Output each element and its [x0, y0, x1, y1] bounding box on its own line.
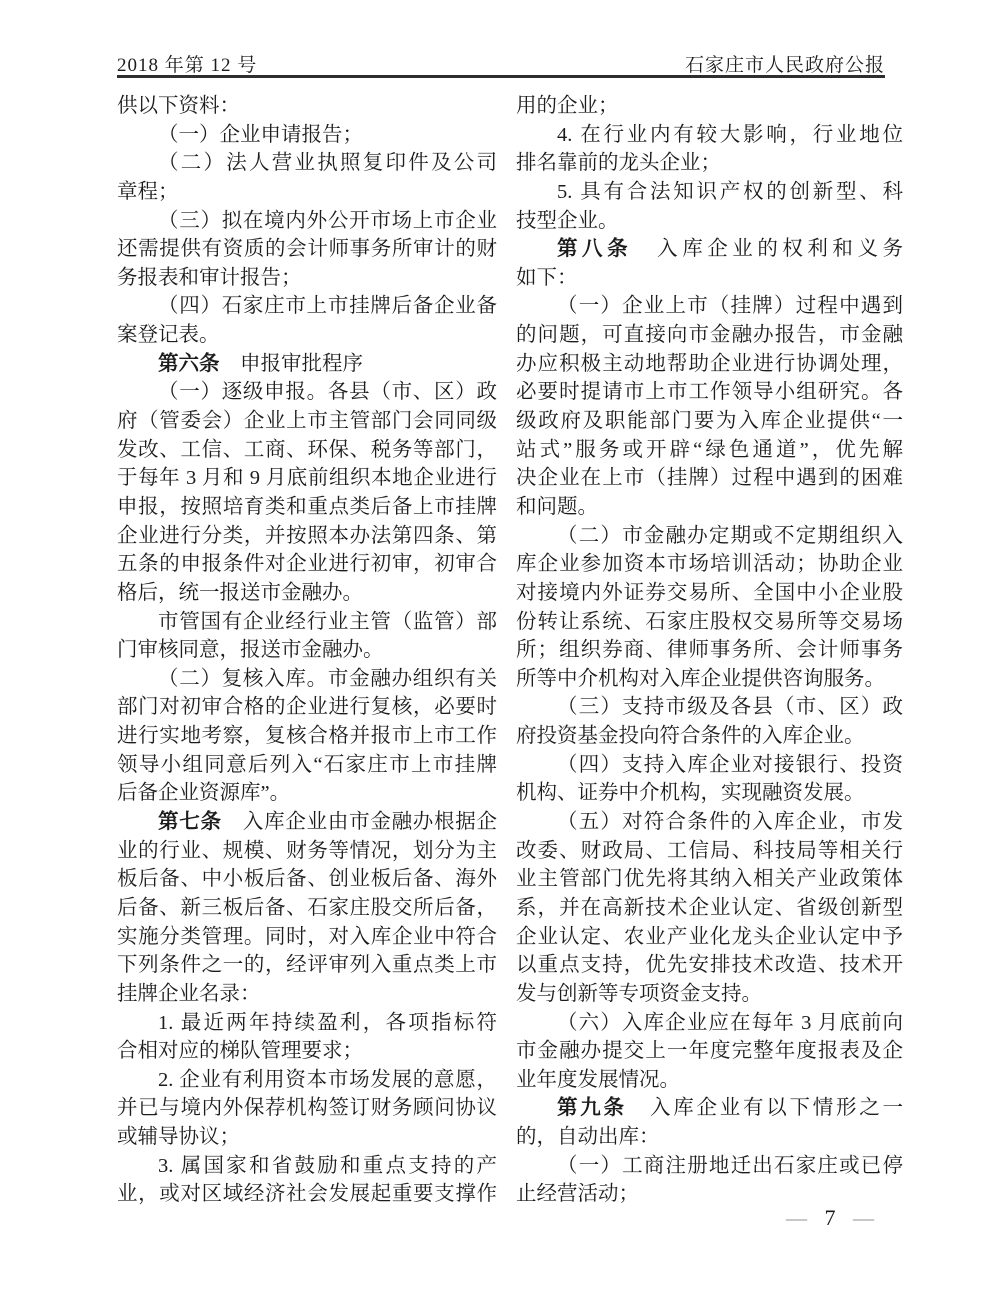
text-line: 实施分类管理。同时，对入库企业中符合 [117, 923, 497, 952]
article-line-text: 入库企业的权利和义务 [632, 238, 903, 260]
text-line: 所；组织券商、律师事务所、会计师事务 [516, 636, 903, 665]
text-line: 站式”服务或开辟“绿色通道”，优先解 [516, 436, 903, 465]
text-line: 系，并在高新技术企业认定、省级创新型 [516, 894, 903, 923]
text-line: 第六条 申报审批程序 [117, 350, 497, 379]
article-number: 第九条 [557, 1096, 627, 1119]
page-footer: — 7 — [786, 1205, 874, 1231]
article-line-text: 申报审批程序 [220, 353, 364, 375]
text-line: 合相对应的梯队管理要求； [117, 1037, 497, 1066]
text-line: 格后，统一报送市金融办。 [117, 579, 497, 608]
text-line: 府（管委会）企业上市主管部门会同同级 [117, 407, 497, 436]
text-line: 府投资基金投向符合条件的入库企业。 [516, 722, 903, 751]
text-line: 务报表和审计报告； [117, 264, 497, 293]
text-line: 下列条件之一的，经评审列入重点类上市 [117, 951, 497, 980]
text-line: （四）支持入库企业对接银行、投资 [516, 751, 903, 780]
text-line: 案登记表。 [117, 321, 497, 350]
text-line: 以重点支持，优先安排技术改造、技术开 [516, 951, 903, 980]
text-line: 章程； [117, 178, 497, 207]
text-line: （一）逐级申报。各县（市、区）政 [117, 378, 497, 407]
article-number: 第七条 [158, 810, 222, 833]
text-line: （二）市金融办定期或不定期组织入 [516, 522, 903, 551]
text-line: 后备企业资源库”。 [117, 779, 497, 808]
gazette-title: 石家庄市人民政府公报 [685, 50, 885, 77]
text-line: 必要时提请市上市工作领导小组研究。各 [516, 378, 903, 407]
text-line: 机构、证券中介机构，实现融资发展。 [516, 779, 903, 808]
page-header: 2018 年第 12 号 石家庄市人民政府公报 [117, 50, 885, 77]
text-line: 市金融办提交上一年度完整年度报表及企 [516, 1037, 903, 1066]
text-line: （六）入库企业应在每年 3 月底前向 [516, 1009, 903, 1038]
text-line: 企业认定、农业产业化龙头企业认定中予 [516, 923, 903, 952]
text-line: 的，自动出库： [516, 1123, 903, 1152]
article-line-text: 入库企业由市金融办根据企 [222, 811, 497, 833]
text-line: （一）企业申请报告； [117, 121, 497, 150]
header-rule [117, 75, 885, 78]
right-column: 用的企业；4. 在行业内有较大影响，行业地位排名靠前的龙头企业；5. 具有合法知… [516, 92, 903, 1209]
text-line: （五）对符合条件的入库企业，市发 [516, 808, 903, 837]
text-line: 领导小组同意后列入“石家庄市上市挂牌 [117, 751, 497, 780]
article-number: 第六条 [158, 352, 220, 375]
text-line: 业年度发展情况。 [516, 1066, 903, 1095]
text-line: （三）拟在境内外公开市场上市企业 [117, 207, 497, 236]
text-line: 业，或对区域经济社会发展起重要支撑作 [117, 1180, 497, 1209]
page-number-dash-right: — [853, 1206, 874, 1231]
text-line: 并已与境内外保荐机构签订财务顾问协议 [117, 1094, 497, 1123]
text-line: 级政府及职能部门要为入库企业提供“一 [516, 407, 903, 436]
text-line: 用的企业； [516, 92, 903, 121]
text-line: 第八条 入库企业的权利和义务 [516, 235, 903, 264]
text-line: （二）复核入库。市金融办组织有关 [117, 665, 497, 694]
text-line: 企业进行分类，并按照本办法第四条、第 [117, 522, 497, 551]
text-line: 4. 在行业内有较大影响，行业地位 [516, 121, 903, 150]
text-line: 发改、工信、工商、环保、税务等部门， [117, 436, 497, 465]
text-line: （四）石家庄市上市挂牌后备企业备 [117, 292, 497, 321]
text-line: 的问题，可直接向市金融办报告，市金融 [516, 321, 903, 350]
text-line: 决企业在上市（挂牌）过程中遇到的困难 [516, 464, 903, 493]
text-line: 部门对初审合格的企业进行复核，必要时 [117, 693, 497, 722]
text-line: 于每年 3 月和 9 月底前组织本地企业进行 [117, 464, 497, 493]
text-line: 办应积极主动地帮助企业进行协调处理， [516, 350, 903, 379]
text-line: 供以下资料： [117, 92, 497, 121]
text-line: 对接境内外证券交易所、全国中小企业股 [516, 579, 903, 608]
article-number: 第八条 [557, 237, 632, 260]
left-column: 供以下资料：（一）企业申请报告；（二）法人营业执照复印件及公司章程；（三）拟在境… [117, 92, 497, 1209]
text-line: 技型企业。 [516, 207, 903, 236]
text-line: 5. 具有合法知识产权的创新型、科 [516, 178, 903, 207]
text-line: 2. 企业有利用资本市场发展的意愿， [117, 1066, 497, 1095]
text-line: 挂牌企业名录： [117, 980, 497, 1009]
text-line: 排名靠前的龙头企业； [516, 149, 903, 178]
text-line: 后备、新三板后备、石家庄股交所后备， [117, 894, 497, 923]
text-line: 改委、财政局、工信局、科技局等相关行 [516, 837, 903, 866]
text-line: 进行实地考察，复核合格并报市上市工作 [117, 722, 497, 751]
text-line: 业主管部门优先将其纳入相关产业政策体 [516, 865, 903, 894]
text-line: 库企业参加资本市场培训活动；协助企业 [516, 550, 903, 579]
text-line: （三）支持市级及各县（市、区）政 [516, 693, 903, 722]
text-line: 五条的申报条件对企业进行初审，初审合 [117, 550, 497, 579]
text-line: 门审核同意，报送市金融办。 [117, 636, 497, 665]
text-line: 发与创新等专项资金支持。 [516, 980, 903, 1009]
gazette-page: 2018 年第 12 号 石家庄市人民政府公报 供以下资料：（一）企业申请报告；… [0, 0, 1000, 1294]
text-line: （一）工商注册地迁出石家庄或已停 [516, 1152, 903, 1181]
article-line-text: 入库企业有以下情形之一 [627, 1097, 903, 1119]
page-number: 7 [825, 1205, 836, 1231]
text-line: 申报，按照培育类和重点类后备上市挂牌 [117, 493, 497, 522]
text-line: 或辅导协议； [117, 1123, 497, 1152]
text-line: 和问题。 [516, 493, 903, 522]
issue-label: 2018 年第 12 号 [117, 50, 257, 77]
text-line: 1. 最近两年持续盈利，各项指标符 [117, 1009, 497, 1038]
text-line: 还需提供有资质的会计师事务所审计的财 [117, 235, 497, 264]
text-line: 如下： [516, 264, 903, 293]
page-number-dash-left: — [786, 1206, 807, 1231]
text-line: （一）企业上市（挂牌）过程中遇到 [516, 292, 903, 321]
text-line: 所等中介机构对入库企业提供咨询服务。 [516, 665, 903, 694]
text-line: 板后备、中小板后备、创业板后备、海外 [117, 865, 497, 894]
text-line: 市管国有企业经行业主管（监管）部 [117, 608, 497, 637]
text-line: 第九条 入库企业有以下情形之一 [516, 1094, 903, 1123]
text-line: 第七条 入库企业由市金融办根据企 [117, 808, 497, 837]
text-line: 3. 属国家和省鼓励和重点支持的产 [117, 1152, 497, 1181]
text-line: 份转让系统、石家庄股权交易所等交易场 [516, 608, 903, 637]
text-line: 业的行业、规模、财务等情况，划分为主 [117, 837, 497, 866]
text-line: （二）法人营业执照复印件及公司 [117, 149, 497, 178]
